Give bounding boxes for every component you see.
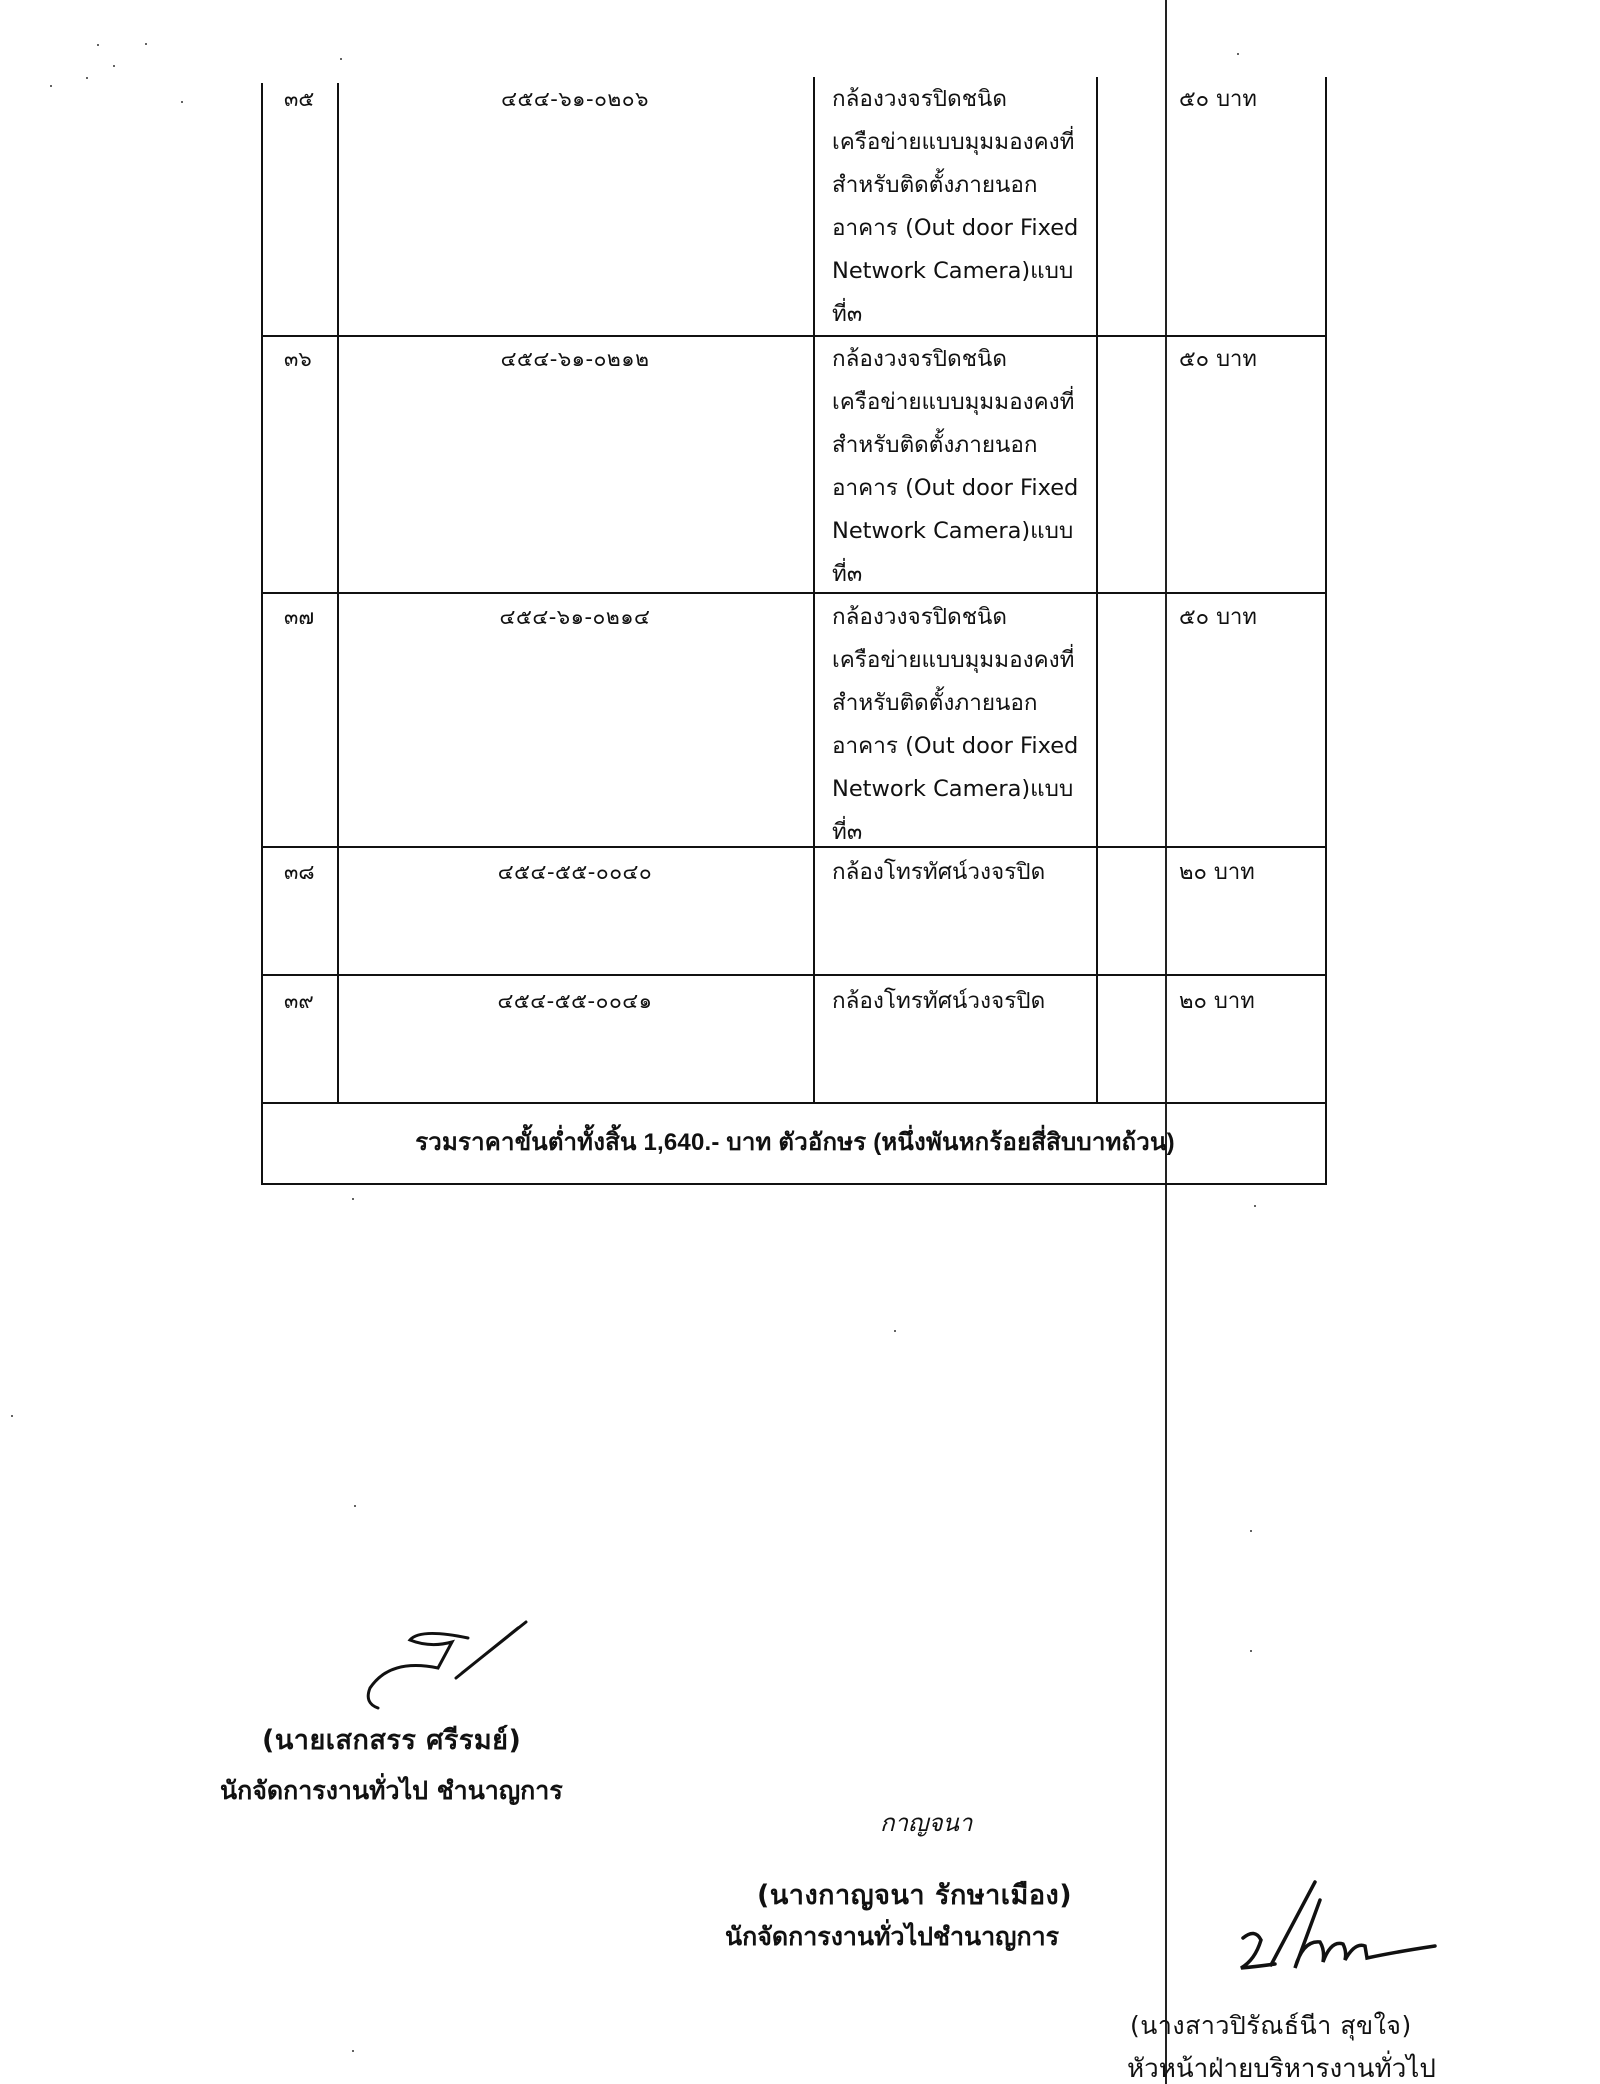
row-number: ๓๙ — [284, 980, 314, 1023]
description-line: เครือข่ายแบบมุมมองคงที่ — [832, 121, 1102, 164]
description-line: ที่๓ — [832, 811, 1102, 854]
asset-description: กล้องวงจรปิดชนิด เครือข่ายแบบมุมมองคงที่… — [832, 338, 1102, 596]
row-number: ๓๕ — [284, 78, 314, 121]
scan-speck — [1237, 53, 1239, 55]
signatory-position: นักจัดการงานทั่วไป ชำนาญการ — [220, 1771, 563, 1811]
row-number: ๓๗ — [284, 596, 314, 639]
description-line: กล้องโทรทัศน์วงจรปิด — [832, 851, 1102, 894]
signature-scribble-icon — [1225, 1880, 1445, 1975]
scan-speck — [181, 101, 183, 103]
asset-price: ๕๐ บาท — [1179, 338, 1257, 381]
row-divider — [261, 592, 1327, 594]
scan-speck — [86, 77, 88, 79]
description-line: สำหรับติดตั้งภายนอก — [832, 682, 1102, 725]
signatory-name: (นางสาวปิรัณธ์นีา สุขใจ) — [1130, 2006, 1412, 2046]
asset-code: ๔๕๔-๖๑-๐๒๑๔ — [337, 596, 813, 639]
row-divider — [261, 1102, 1327, 1104]
description-line: Network Camera)แบบ — [832, 768, 1102, 811]
asset-price: ๒๐ บาท — [1179, 851, 1255, 894]
description-line: สำหรับติดตั้งภายนอก — [832, 424, 1102, 467]
asset-description: กล้องโทรทัศน์วงจรปิด — [832, 980, 1102, 1023]
row-number: ๓๖ — [284, 338, 312, 381]
asset-description: กล้องวงจรปิดชนิด เครือข่ายแบบมุมมองคงที่… — [832, 596, 1102, 854]
description-line: ที่๓ — [832, 293, 1102, 336]
asset-description: กล้องโทรทัศน์วงจรปิด — [832, 851, 1102, 894]
description-line: กล้องวงจรปิดชนิด — [832, 338, 1102, 381]
description-line: ที่๓ — [832, 553, 1102, 596]
signatory-position: หัวหน้าฝ่ายบริหารงานทั่วไป — [1127, 2048, 1436, 2084]
description-line: เครือข่ายแบบมุมมองคงที่ — [832, 381, 1102, 424]
description-line: สำหรับติดตั้งภายนอก — [832, 164, 1102, 207]
table-border-right — [1325, 77, 1327, 1184]
document-page: ๓๕ ๔๕๔-๖๑-๐๒๐๖ กล้องวงจรปิดชนิด เครือข่า… — [0, 0, 1600, 2084]
scan-speck — [1250, 1530, 1252, 1532]
description-line: Network Camera)แบบ — [832, 510, 1102, 553]
description-line: อาคาร (Out door Fixed — [832, 725, 1102, 768]
asset-code: ๔๕๔-๖๑-๐๒๐๖ — [337, 78, 813, 121]
signatory-position: นักจัดการงานทั่วไปชำนาญการ — [725, 1917, 1059, 1957]
total-price-summary: รวมราคาขั้นต่ำทั้งสิ้น 1,640.- บาท ตัวอั… — [265, 1122, 1325, 1161]
scan-speck — [354, 1505, 356, 1507]
description-line: กล้องโทรทัศน์วงจรปิด — [832, 980, 1102, 1023]
row-divider — [261, 974, 1327, 976]
description-line: อาคาร (Out door Fixed — [832, 207, 1102, 250]
signatory-name: (นายเสกสรร ศรีรมย์) — [262, 1718, 521, 1761]
table-border-bottom — [261, 1183, 1327, 1185]
scan-speck — [340, 58, 342, 60]
signature-scribble-icon — [350, 1618, 530, 1713]
scan-fold-line — [1165, 0, 1167, 2084]
asset-code: ๔๕๔-๕๕-๐๐๔๐ — [337, 851, 813, 894]
scan-speck — [97, 44, 99, 46]
row-divider — [261, 846, 1327, 848]
scan-speck — [1250, 1650, 1252, 1652]
asset-price: ๕๐ บาท — [1179, 596, 1257, 639]
scan-speck — [1254, 1205, 1256, 1207]
row-number: ๓๘ — [284, 851, 315, 894]
asset-price: ๕๐ บาท — [1179, 78, 1257, 121]
description-line: กล้องวงจรปิดชนิด — [832, 596, 1102, 639]
asset-description: กล้องวงจรปิดชนิด เครือข่ายแบบมุมมองคงที่… — [832, 78, 1102, 336]
scan-speck — [894, 1330, 896, 1332]
asset-price: ๒๐ บาท — [1179, 980, 1255, 1023]
row-divider — [261, 335, 1327, 337]
description-line: เครือข่ายแบบมุมมองคงที่ — [832, 639, 1102, 682]
table-border-left — [261, 83, 263, 1184]
asset-code: ๔๕๔-๖๑-๐๒๑๒ — [337, 338, 813, 381]
scan-speck — [352, 2050, 354, 2052]
description-line: กล้องวงจรปิดชนิด — [832, 78, 1102, 121]
asset-code: ๔๕๔-๕๕-๐๐๔๑ — [337, 980, 813, 1023]
scan-speck — [50, 85, 52, 87]
scan-speck — [11, 1415, 13, 1417]
scan-speck — [113, 65, 115, 67]
signatory-name: (นางกาญจนา รักษาเมือง) — [757, 1873, 1072, 1916]
handwritten-initial: กาญจนา — [880, 1803, 972, 1842]
description-line: Network Camera)แบบ — [832, 250, 1102, 293]
column-divider — [813, 77, 815, 1102]
scan-speck — [145, 43, 147, 45]
description-line: อาคาร (Out door Fixed — [832, 467, 1102, 510]
scan-speck — [352, 1198, 354, 1200]
